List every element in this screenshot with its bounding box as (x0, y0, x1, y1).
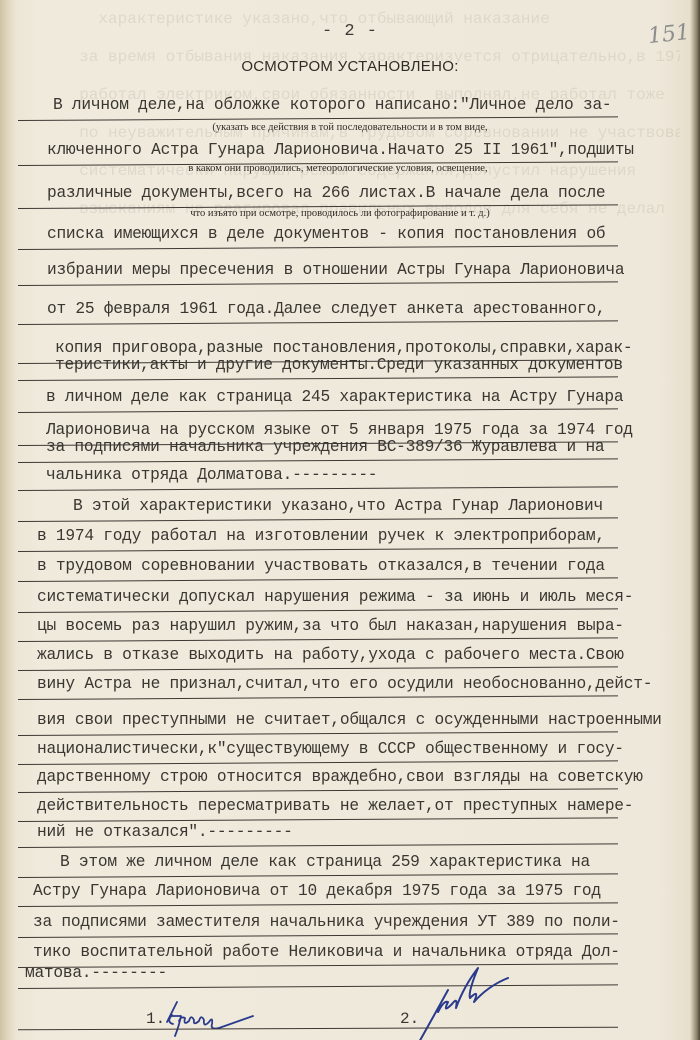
text-line: за подписями заместителя начальника учре… (0, 913, 700, 943)
form-hint: что изъято при осмотре, проводилось ли ф… (0, 208, 690, 219)
form-rule (18, 547, 618, 552)
signature-1-icon (163, 996, 263, 1040)
form-rule (18, 760, 618, 765)
form-rule (18, 376, 618, 381)
form-rule (18, 873, 618, 878)
form-rule (18, 320, 618, 325)
page-number: - 2 - (0, 22, 700, 41)
form-rule (18, 933, 618, 938)
form-rule (18, 517, 618, 522)
form-rule (18, 408, 618, 413)
text-line: матова.-------- (0, 964, 700, 994)
form-rule (18, 788, 618, 793)
form-hint: в каком они проводились, метеорологическ… (0, 163, 688, 174)
text-line: ний не отказался".--------- (0, 823, 700, 853)
form-hint: (указать все действия в той последовател… (0, 122, 700, 133)
form-rule (18, 608, 618, 613)
text-line: вия свои преступными не считает,общался … (0, 711, 700, 741)
text-line: от 25 февраля 1961 года.Далее следует ан… (0, 300, 700, 330)
form-rule (18, 577, 618, 582)
form-rule (18, 281, 618, 286)
form-rule (18, 637, 618, 642)
text-line: дарственному строю относится враждебно,с… (0, 768, 700, 798)
text-line: вину Астра не признал,считал,что его осу… (0, 675, 700, 705)
text-line: в трудовом соревновании участвовать отка… (0, 557, 700, 587)
text-line: Астру Гунара Ларионовича от 10 декабря 1… (0, 882, 700, 912)
form-rule (18, 731, 618, 736)
text-line: чальника отряда Долматова.--------- (0, 466, 700, 496)
form-rule (18, 486, 618, 491)
folio-number: 151 (647, 20, 691, 49)
form-rule (18, 984, 618, 989)
text-line: цы восемь раз нарушил ружим,за что был н… (0, 617, 700, 647)
form-rule (18, 666, 618, 671)
form-rule (18, 116, 618, 121)
text-line: В этой характеристики указано,что Астра … (0, 497, 700, 527)
text-line: теристики,акты и другие документы.Среди … (0, 356, 700, 386)
signature-row: 1. 2. (0, 998, 700, 1038)
document-page: характеристике указано,что отбывающий на… (0, 0, 700, 1040)
text-line: списка имеющихся в деле документов - коп… (0, 225, 700, 255)
form-rule (18, 695, 618, 700)
text-line: националистически,к"существующему в СССР… (0, 740, 700, 770)
text-line: жались в отказе выходить на работу,ухода… (0, 646, 700, 676)
form-rule (18, 902, 618, 907)
text-line: за подписями начальника учреждения ВС-38… (0, 438, 700, 468)
form-rule (18, 1027, 618, 1031)
text-line: в 1974 году работал на изготовлении руче… (0, 527, 700, 557)
text-line: избрании меры пресечения в отношении Аст… (0, 261, 700, 291)
form-rule (18, 843, 618, 848)
text-line: систематически допускал нарушения режима… (0, 588, 700, 618)
text-line: В этом же личном деле как страница 259 х… (0, 853, 700, 883)
form-rule (18, 817, 618, 822)
form-rule (18, 245, 618, 250)
form-rule (18, 458, 618, 463)
protocol-heading: ОСМОТРОМ УСТАНОВЛЕНО: (0, 58, 700, 75)
text-line: в личном деле как страница 245 характери… (0, 388, 700, 418)
